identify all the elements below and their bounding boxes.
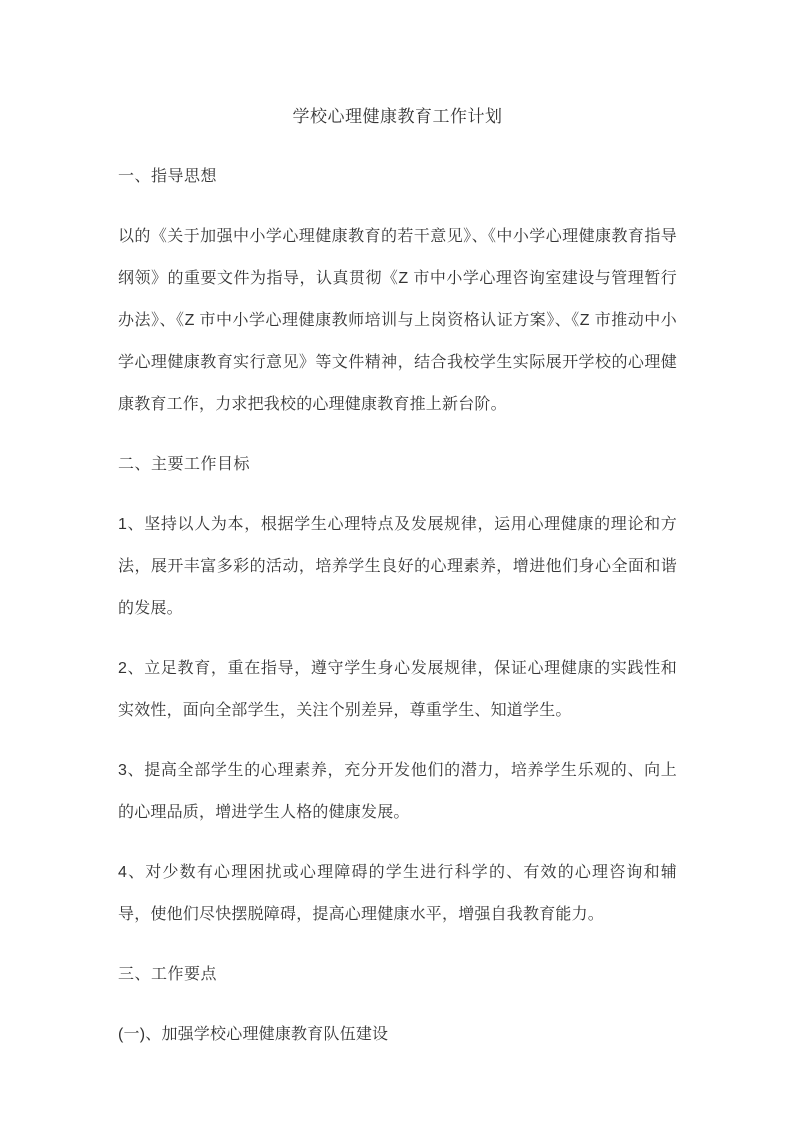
section-heading-work-points: 三、工作要点 (118, 954, 677, 996)
paragraph-goal-3: 3、提高全部学生的心理素养，充分开发他们的潜力，培养学生乐观的、向上的心理品质，… (118, 750, 677, 834)
section-heading-main-goals: 二、主要工作目标 (118, 444, 677, 486)
paragraph-guiding-ideology: 以的《关于加强中小学心理健康教育的若干意见》、《中小学心理健康教育指导纲领》的重… (118, 216, 677, 426)
section-heading-guiding-ideology: 一、指导思想 (118, 156, 677, 198)
paragraph-goal-2: 2、立足教育，重在指导，遵守学生身心发展规律，保证心理健康的实践性和实效性，面向… (118, 648, 677, 732)
subheading-team-building: (一)、加强学校心理健康教育队伍建设 (118, 1014, 677, 1056)
paragraph-goal-4: 4、对少数有心理困扰或心理障碍的学生进行科学的、有效的心理咨询和辅导，使他们尽快… (118, 852, 677, 936)
paragraph-goal-1: 1、坚持以人为本，根据学生心理特点及发展规律，运用心理健康的理论和方法，展开丰富… (118, 504, 677, 630)
document-title: 学校心理健康教育工作计划 (118, 96, 677, 138)
document-page: 学校心理健康教育工作计划 一、指导思想 以的《关于加强中小学心理健康教育的若干意… (0, 0, 793, 1122)
